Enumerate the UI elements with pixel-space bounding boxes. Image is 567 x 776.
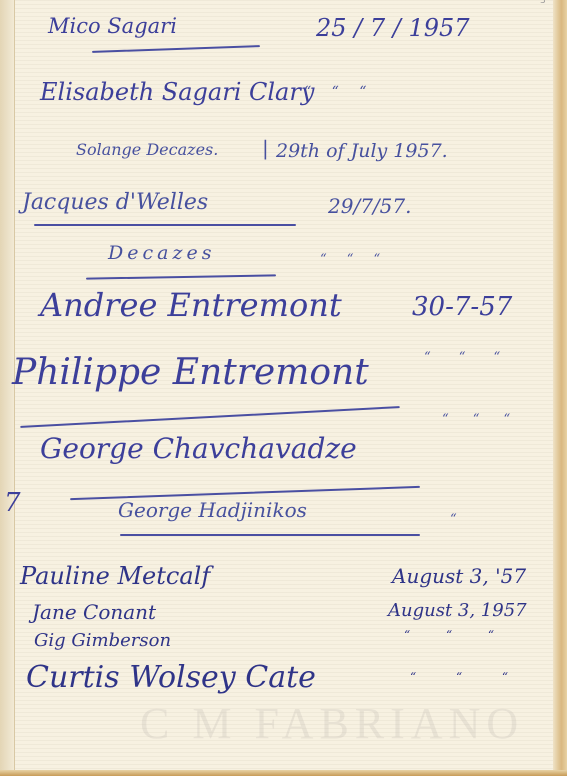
entry-date: “ “ “	[424, 350, 512, 365]
entry-name: George Hadjinikos	[118, 498, 307, 522]
entry-date: 25 / 7 / 1957	[316, 14, 470, 42]
entry-name: George Chavchavadze	[40, 432, 357, 465]
entry-name: Gig Gimberson	[34, 630, 171, 651]
entry-name: Mico Sagari	[48, 14, 177, 38]
paper-watermark: C M FABRIANO	[140, 698, 524, 749]
entry-name: Pauline Metcalf	[20, 562, 210, 590]
entry-date: August 3, 1957	[388, 600, 527, 621]
entry-name: Elisabeth Sagari Clary	[40, 78, 314, 106]
entry-name: Solange Decazes.	[76, 140, 218, 159]
margin-fragment: 7	[4, 488, 21, 518]
entry-date: “ “ “	[410, 670, 526, 684]
entry-name: Jacques d'Welles	[22, 190, 208, 215]
entry-date: “ “ “	[442, 412, 520, 427]
entry-date: “ “ “	[404, 628, 510, 642]
underline	[86, 274, 276, 279]
separator: |	[262, 136, 269, 160]
entry-name: Decazes	[108, 242, 215, 264]
underline	[34, 224, 296, 226]
entry-date: 29th of July 1957.	[276, 140, 448, 162]
entry-date: “	[450, 512, 457, 527]
entry-date: August 3, '57	[392, 564, 526, 588]
entry-name: Philippe Entremont	[12, 352, 369, 393]
entry-date: “ “ “	[304, 84, 374, 100]
underline	[92, 45, 260, 52]
entry-name: Jane Conant	[32, 600, 156, 624]
page-edge-bottom	[0, 770, 567, 776]
guestbook-page: 3 C M FABRIANO 7 Mico Sagari 25 / 7 / 19…	[0, 0, 567, 776]
page-edge-right	[553, 0, 567, 776]
underline	[20, 406, 400, 427]
entry-date: “ “ “	[320, 252, 388, 267]
underline	[120, 534, 420, 536]
corner-mark: 3	[540, 0, 546, 6]
entry-name: Andree Entremont	[40, 286, 342, 324]
entry-name: Curtis Wolsey Cate	[26, 660, 316, 695]
entry-date: 29/7/57.	[328, 194, 411, 218]
entry-date: 30-7-57	[412, 292, 512, 322]
